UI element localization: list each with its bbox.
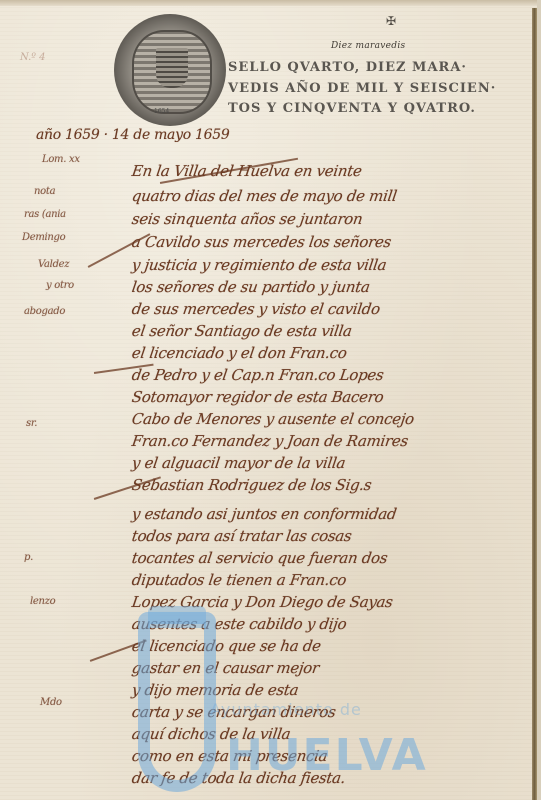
body-line: los señores de su partido y junta [131,278,371,296]
margin-note: Valdez [38,259,69,270]
manuscript-page: N.º 4 1654 ✠ Diez maravedis SELLO QVARTO… [0,0,541,800]
margin-note: y otro [46,280,74,291]
margin-note: abogado [24,306,65,317]
watermark-subtitle: Ayuntamiento de [210,700,362,719]
body-line: Fran.co Fernandez y Joan de Ramires [131,432,409,450]
body-line: y estando asi juntos en conformidad [131,505,398,523]
binding-edge [537,0,541,800]
page-spine [532,8,537,800]
body-line: quatro dias del mes de mayo de mill [131,187,398,205]
body-line: todos para así tratar las cosas [131,527,353,545]
stamp-header-line: TOS Y CINQVENTA Y QVATRO. [228,101,476,116]
margin-note: sr. [26,418,37,429]
folio-number: N.º 4 [20,52,46,63]
margin-note: Demingo [22,232,65,243]
royal-seal-stamp: 1654 [114,14,226,126]
body-line: el señor Santiago de esta villa [131,322,353,340]
margin-note: lenzo [30,596,55,607]
body-line: diputados le tienen a Fran.co [131,571,348,589]
margin-note: nota [34,186,55,197]
body-line: de sus mercedes y visto el cavildo [131,300,381,318]
seal-coat-of-arms [132,30,212,114]
date-line: año 1659 · 14 de mayo 1659 [36,127,229,143]
seal-year: 1654 [154,108,169,115]
body-line: seis sinquenta años se juntaron [131,210,364,228]
body-line: y el alguacil mayor de la villa [131,454,347,472]
watermark-title: HUELVA [226,730,428,781]
city-shield-icon [138,612,216,792]
body-line: Cabo de Menores y ausente el concejo [131,410,415,428]
body-line: Sotomayor regidor de esta Bacero [131,388,385,406]
body-line: Sebastian Rodriguez de los Sig.s [131,476,373,494]
margin-note: Mdo [40,697,62,708]
stamp-header-line: VEDIS AÑO DE MIL Y SEISCIEN· [228,81,496,96]
body-line: tocantes al servicio que fueran dos [131,549,389,567]
archive-watermark: Ayuntamiento de HUELVA [130,612,430,800]
body-line: el licenciado y el don Fran.co [131,344,348,362]
body-line: a Cavildo sus mercedes los señores [131,233,393,251]
body-line: En la Villa del Huelva en veinte [131,162,363,180]
body-line: y justicia y regimiento de esta villa [131,256,388,274]
page-top-edge [0,0,541,6]
cross-icon: ✠ [386,14,396,28]
margin-note: Lom. xx [42,154,80,165]
stamp-denomination: Diez maravedis [331,41,405,51]
body-line: de Pedro y el Cap.n Fran.co Lopes [131,366,385,384]
margin-note: p. [24,552,33,563]
margin-note: ras (ania [24,209,66,220]
shield-icon [156,48,188,88]
stamp-header-line: SELLO QVARTO, DIEZ MARA· [228,60,467,75]
